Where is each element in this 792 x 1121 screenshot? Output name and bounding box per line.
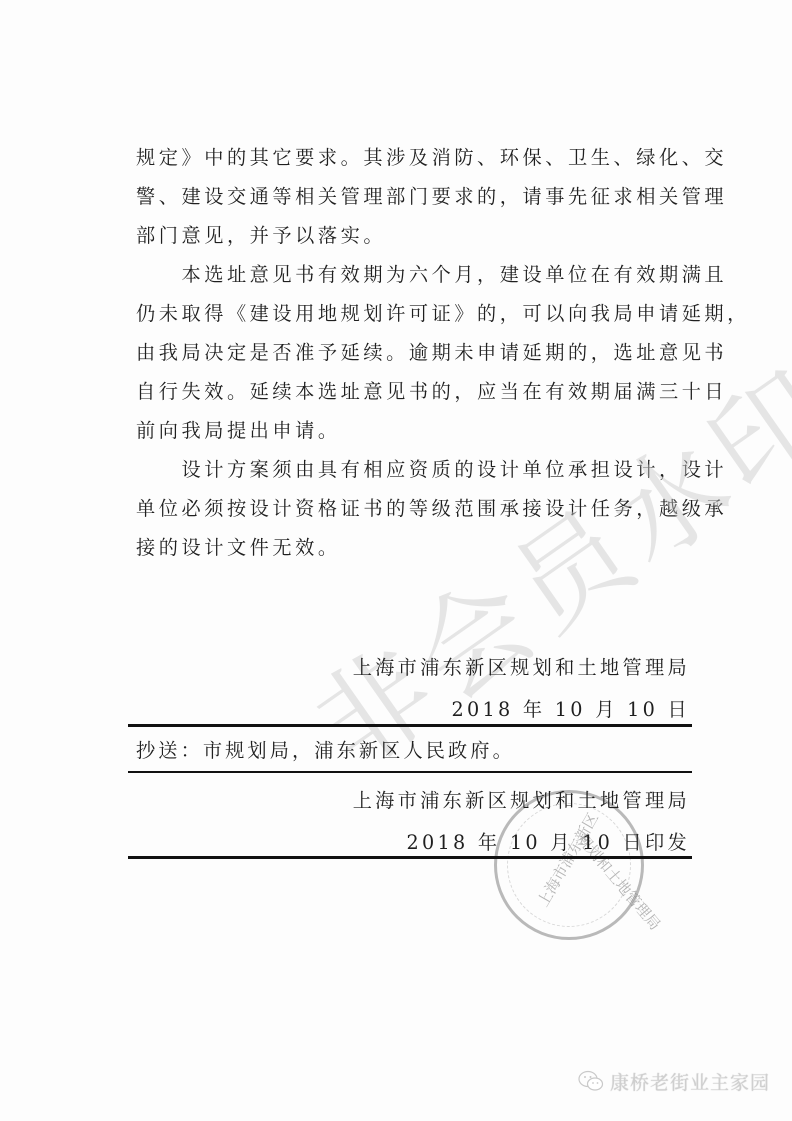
body-text-line: 前向我局提出申请。 <box>136 419 692 443</box>
signature-issuer: 上海市浦东新区规划和土地管理局 <box>353 656 690 680</box>
divider-rule <box>128 771 692 773</box>
signature-date: 2018 年 10 月 10 日 <box>451 698 690 722</box>
print-date: 2018 年 10 月 10 日印发 <box>407 831 691 855</box>
wechat-account-name: 康桥老街业主家园 <box>610 1068 770 1095</box>
body-text-line: 自行失效。延续本选址意见书的，应当在有效期届满三十日 <box>136 380 692 404</box>
body-text-line: 设计方案须由具有相应资质的设计单位承担设计，设计 <box>136 458 692 482</box>
body-text-line: 单位必须按设计资格证书的等级范围承接设计任务，越级承 <box>136 497 692 521</box>
body-text-line: 警、建设交通等相关管理部门要求的，请事先征求相关管理 <box>136 185 692 209</box>
wechat-icon <box>578 1070 604 1092</box>
print-issuer: 上海市浦东新区规划和土地管理局 <box>353 789 690 813</box>
body-text-line: 仍未取得《建设用地规划许可证》的，可以向我局申请延期， <box>136 302 692 326</box>
cc-line: 抄送：市规划局，浦东新区人民政府。 <box>136 739 692 763</box>
wechat-account-watermark: 康桥老街业主家园 <box>578 1067 770 1095</box>
body-text-line: 本选址意见书有效期为六个月，建设单位在有效期满且 <box>136 263 692 287</box>
divider-rule <box>128 856 692 859</box>
body-text-line: 接的设计文件无效。 <box>136 536 692 560</box>
document-page: 规定》中的其它要求。其涉及消防、环保、卫生、绿化、交 警、建设交通等相关管理部门… <box>0 0 792 1121</box>
body-text-line: 由我局决定是否准予延续。逾期未申请延期的，选址意见书 <box>136 341 692 365</box>
body-text-line: 规定》中的其它要求。其涉及消防、环保、卫生、绿化、交 <box>136 146 692 170</box>
divider-rule <box>128 724 692 727</box>
body-text-line: 部门意见，并予以落实。 <box>136 224 692 248</box>
